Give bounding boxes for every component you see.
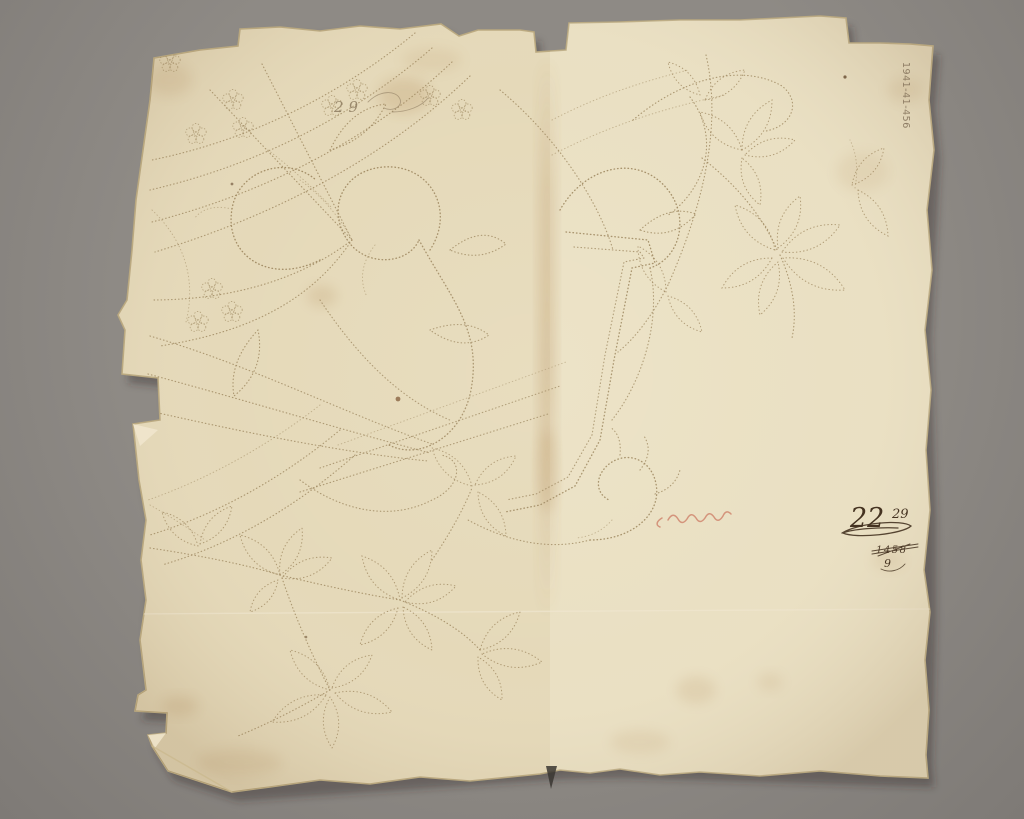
photo-backdrop: 29 22 29 1458 9 1941-41-456 — [0, 0, 1024, 819]
accession-number: 1941-41-456 — [900, 62, 911, 129]
pricked-paper-sheet: 29 22 29 1458 9 1941-41-456 — [0, 0, 1024, 819]
ink-number-large: 22 — [849, 503, 884, 534]
paper-vignette — [110, 5, 945, 805]
ink-paraph: 9 — [884, 557, 891, 570]
pencil-number: 29 — [333, 98, 363, 116]
ink-number-small: 29 — [891, 507, 909, 522]
